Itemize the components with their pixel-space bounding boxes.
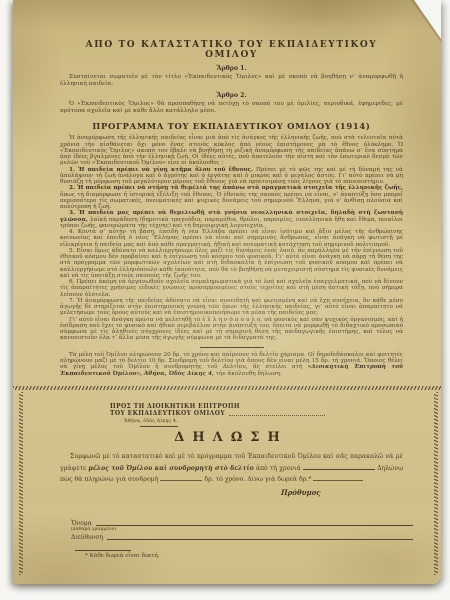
program-paragraph: 1. Ἡ παιδεία πρέπει νὰ γίνῃ κτῆμα ὅλου τ… <box>60 167 403 186</box>
address-field-row: Διεύθυνση <box>71 534 413 541</box>
footnote: * Κάθε δωρεὰ εἶναι δεκτή. <box>85 553 413 559</box>
paragraph-text: 4. Κοντὰ σ’ αὐτὴν τὴ βάση, ἐπειδὴ ἡ νέα … <box>60 229 403 248</box>
paragraph-text: λαϊκὴ παράδοση (δημοτικὰ τραγούδια, παρα… <box>60 217 403 229</box>
name-label: Ὄνομα <box>71 520 92 527</box>
addressee-line-2: ΤΟΥ ΕΚΠΑΙΔΕΥΤΙΚΟΥ ΟΜΙΛΟΥ <box>110 410 225 417</box>
membership-terms-paragraph: Τὰ μέλη τοῦ Ὁμίλου πληρώνουν 20 δρ. τὸ χ… <box>60 352 403 377</box>
program-title: ΠΡΟΓΡΑΜΜΑ ΤΟΥ ΕΚΠΑΙΔΕΥΤΙΚΟΥ ΟΜΙΛΟΥ (1914… <box>60 121 403 131</box>
address-blank-field <box>107 539 413 540</box>
article-1-text: Συσταίνεται σωματεῖο μὲ τὸν τίτλο «Ἐκπαι… <box>60 74 403 87</box>
declaration-coupon-section: ΠΡΟΣ ΤΗ ΔΙΟΙΚΗΤΙΚΗ ΕΠΙΤΡΟΠΗ ΤΟΥ ΕΚΠΑΙΔΕΥ… <box>13 390 441 584</box>
name-hint: (καθαρὰ γραμμένο) <box>71 527 413 532</box>
addressee-line-1: ΠΡΟΣ ΤΗ ΔΙΟΙΚΗΤΙΚΗ ΕΠΙΤΡΟΠΗ <box>110 403 441 410</box>
page-fold-corner <box>414 0 441 39</box>
year-blank-field <box>303 463 375 470</box>
paragraph-text: Ἡ ἀναμόρφωση τῆς ἑλληνικῆς παιδείας εἶνα… <box>60 135 403 166</box>
declaration-body: Συμφωνῶ μὲ τὸ καταστατικὸ καὶ μὲ τὸ πρόγ… <box>60 452 403 486</box>
paragraph-text: 6. Πρέπει ἀκόμη νὰ ὀργανωθοῦν σχολεῖα συ… <box>60 279 403 298</box>
addressee-block: ΠΡΟΣ ΤΗ ΔΙΟΙΚΗΤΙΚΗ ΕΠΙΤΡΟΠΗ ΤΟΥ ΕΚΠΑΙΔΕΥ… <box>110 403 441 427</box>
program-paragraph: 7. Ἡ ἀναμόρφωση τῆς παιδείας ἀδύνατο νὰ … <box>60 298 403 317</box>
paragraph-text: 5. Εἶναι ὅμως ἀδύνατο νὰ καλλιεργήσωμε ὅ… <box>60 248 403 279</box>
fee-blank-field <box>160 474 202 481</box>
paragraph-text: Γι’ αὐτὸ εἶναι ἀνάγκη πρῶτα νὰ μελετηθῇ … <box>60 317 403 342</box>
donation-blank-field <box>313 474 363 481</box>
address-label: Διεύθυνση <box>71 534 103 541</box>
declaration-text-4: δρ. τὸ χρόνο. Δίνω γιὰ δωρεὰ δρ.* <box>204 476 311 483</box>
addressee-underline-rule <box>140 426 178 427</box>
program-paragraph: Ἡ ἀναμόρφωση τῆς ἑλληνικῆς παιδείας εἶνα… <box>60 135 403 166</box>
addressee-line-2-row: ΤΟΥ ΕΚΠΑΙΔΕΥΤΙΚΟΥ ΟΜΙΛΟΥ <box>110 410 325 417</box>
program-paragraph: 3. Ἡ παιδεία μας πρέπει νὰ θεμελιωθῇ στὰ… <box>60 210 403 229</box>
perforation-line-right <box>434 392 438 575</box>
program-paragraph: 4. Κοντὰ σ’ αὐτὴν τὴ βάση, ἐπειδὴ ἡ νέα … <box>60 229 403 248</box>
statute-and-program-section: ΑΠΟ ΤΟ ΚΑΤΑΣΤΑΤΙΚΟ ΤΟΥ ΕΚΠΑΙΔΕΥΤΙΚΟΥ ΟΜΙ… <box>13 0 441 386</box>
article-1-heading: Ἄρθρο 1. <box>60 65 403 72</box>
name-blank-field <box>96 525 413 526</box>
paragraph-text: ὅπως τὴ διαμόρφωσε ἡ ἱστορικὴ ἐξέλιξη το… <box>60 192 403 211</box>
article-2-heading: Ἄρθρο 2. <box>60 92 403 99</box>
addressee-line-3: Ἀθήνα, ὁδὸς Δίκης 4. <box>124 418 441 424</box>
program-paragraph: 6. Πρέπει ἀκόμη νὰ ὀργανωθοῦν σχολεῖα συ… <box>60 279 403 298</box>
name-field-row: Ὄνομα <box>71 520 413 527</box>
perforation-line-left <box>19 392 23 575</box>
paragraph-lead: 2. Ἡ παιδεία πρέπει νὰ στήσῃ τὰ θεμέλιά … <box>69 185 403 191</box>
paragraph-lead: 1. Ἡ παιδεία πρέπει νὰ γίνῃ κτῆμα ὅλου τ… <box>69 167 253 173</box>
addressee-rule-fill <box>229 415 325 416</box>
footnote-rule <box>75 550 131 551</box>
declaration-bold-phrase: μέλος τοῦ Ὁμίλου καὶ συνδρομητὴ στὸ δελτ… <box>88 465 253 472</box>
section-divider <box>200 347 264 348</box>
program-paragraph: 2. Ἡ παιδεία πρέπει νὰ στήσῃ τὰ θεμέλιά … <box>60 185 403 210</box>
signature-label: Πρόθυμος <box>281 488 441 497</box>
declaration-text-2: ἀπὸ τὴ χρονιά <box>256 465 301 472</box>
form-fields-block: Ὄνομα (καθαρὰ γραμμένο) Διεύθυνση * Κάθε… <box>71 520 413 559</box>
document-page: ΑΠΟ ΤΟ ΚΑΤΑΣΤΑΤΙΚΟ ΤΟΥ ΕΚΠΑΙΔΕΥΤΙΚΟΥ ΟΜΙ… <box>13 0 441 584</box>
program-paragraph: 5. Εἶναι ὅμως ἀδύνατο νὰ καλλιεργήσωμε ὅ… <box>60 248 403 279</box>
perforation-line-top <box>13 386 441 390</box>
membership-text-after: τὴν ἀκόλουθη δήλωση. <box>216 371 282 377</box>
declaration-title: ΔΗΛΩΣΗ <box>13 430 441 445</box>
article-2-text: Ὁ «Ἐκπαιδευτικὸς Ὅμιλος» θὰ προσπαθήσῃ ν… <box>60 101 403 114</box>
program-paragraph: Γι’ αὐτὸ εἶναι ἀνάγκη πρῶτα νὰ μελετηθῇ … <box>60 317 403 342</box>
paragraph-text: 7. Ἡ ἀναμόρφωση τῆς παιδείας ἀδύνατο νὰ … <box>60 298 403 317</box>
document-title: ΑΠΟ ΤΟ ΚΑΤΑΣΤΑΤΙΚΟ ΤΟΥ ΕΚΠΑΙΔΕΥΤΙΚΟΥ ΟΜΙ… <box>60 40 403 60</box>
